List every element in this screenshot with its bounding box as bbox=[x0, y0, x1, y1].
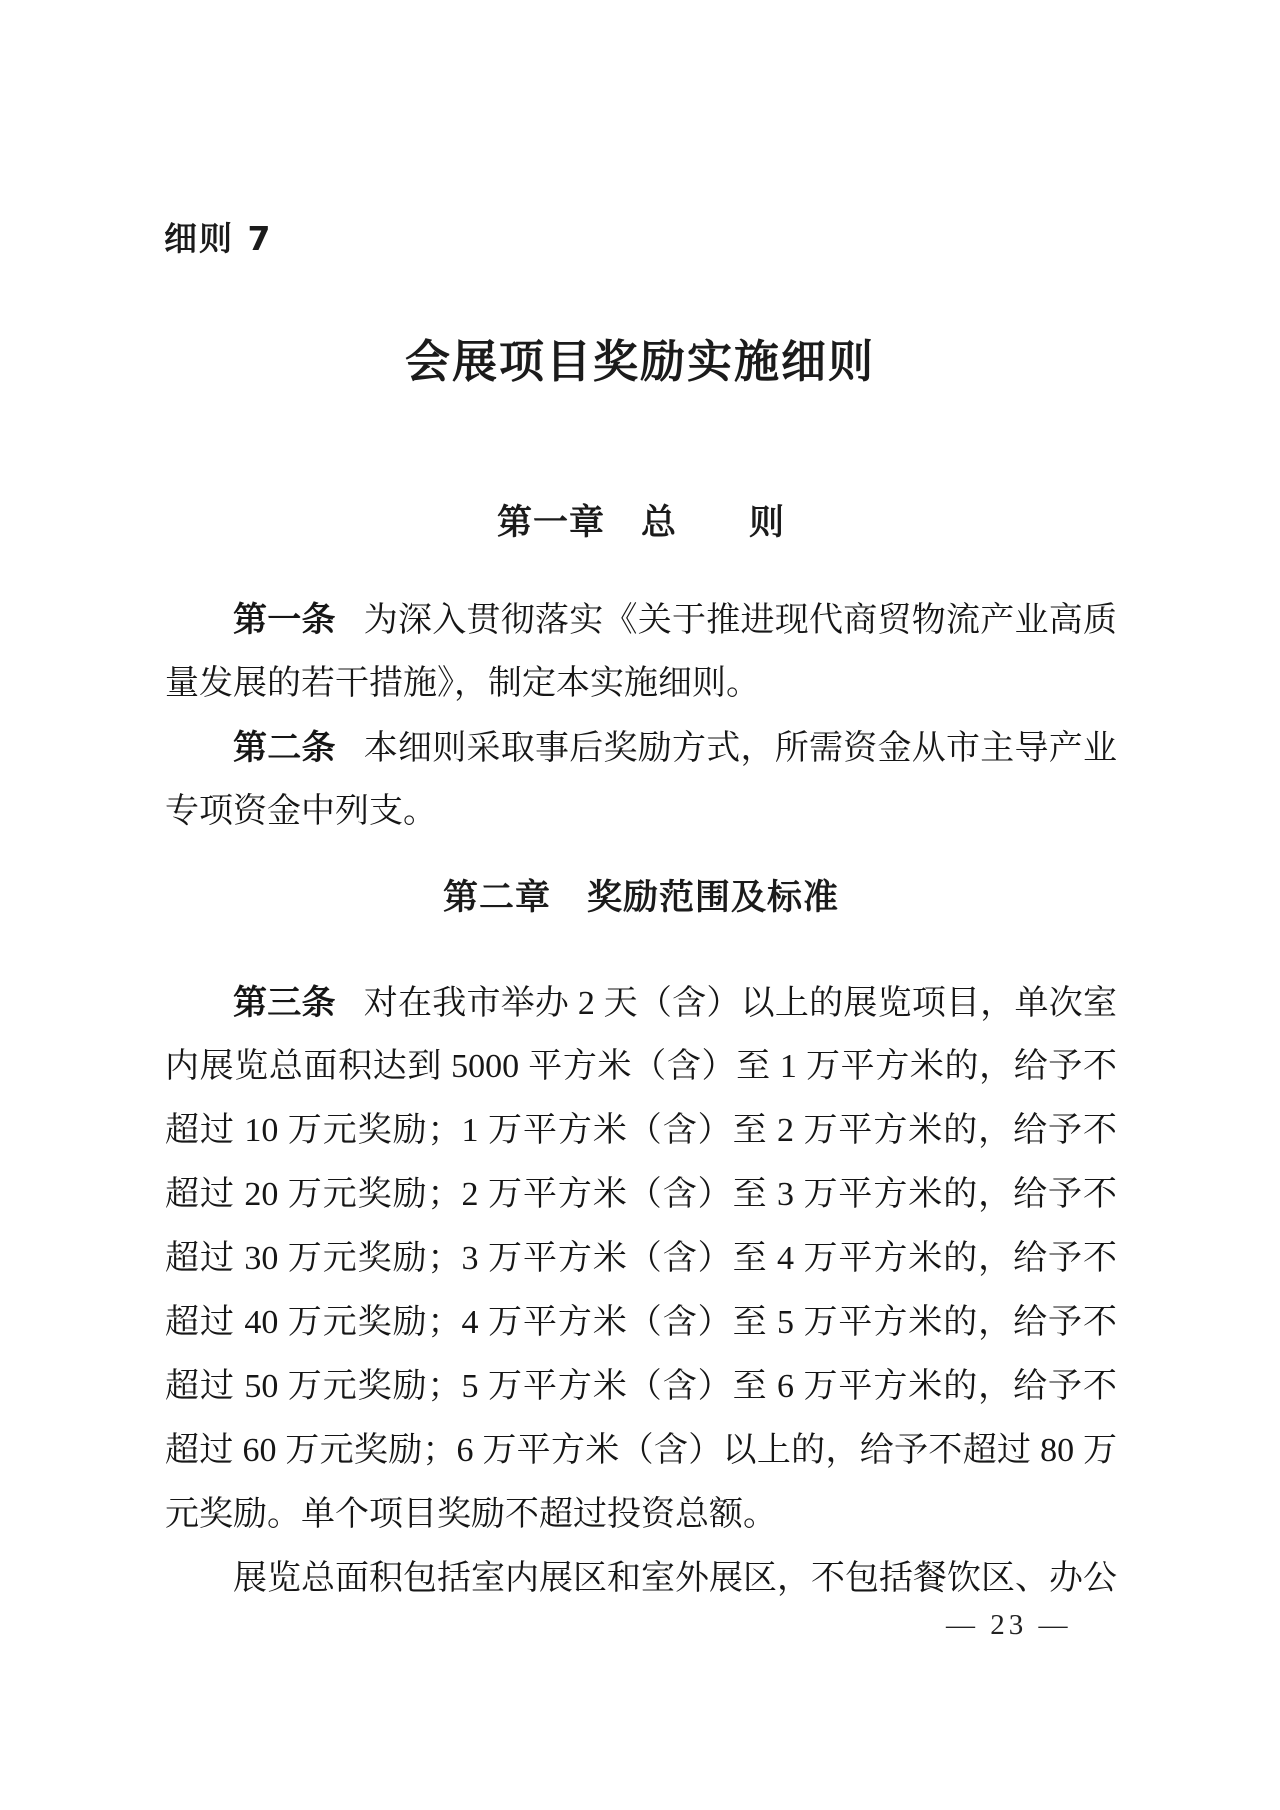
chapter-2-heading: 第二章 奖励范围及标准 bbox=[165, 876, 1117, 920]
article-3-line-9: 元奖励。单个项目奖励不超过投资总额。 bbox=[165, 1483, 1117, 1547]
chapter-1-heading: 第一章 总 则 bbox=[165, 501, 1117, 545]
article-3-line-1: 第三条对在我市举办 2 天（含）以上的展览项目，单次室 bbox=[165, 971, 1117, 1035]
article-3-line-7: 超过 50 万元奖励；5 万平方米（含）至 6 万平方米的，给予不 bbox=[165, 1355, 1117, 1419]
article-2-text: 本细则采取事后奖励方式，所需资金从市主导产业 bbox=[364, 730, 1117, 767]
article-3-text: 对在我市举办 2 天（含）以上的展览项目，单次室 bbox=[364, 985, 1117, 1022]
article-3-line-6: 超过 40 万元奖励；4 万平方米（含）至 5 万平方米的，给予不 bbox=[165, 1291, 1117, 1355]
article-2: 第二条本细则采取事后奖励方式，所需资金从市主导产业 专项资金中列支。 bbox=[165, 716, 1117, 844]
article-1-line-2: 量发展的若干措施》，制定本实施细则。 bbox=[165, 652, 1117, 716]
article-3-line-5: 超过 30 万元奖励；3 万平方米（含）至 4 万平方米的，给予不 bbox=[165, 1227, 1117, 1291]
article-3-line-8: 超过 60 万元奖励；6 万平方米（含）以上的，给予不超过 80 万 bbox=[165, 1419, 1117, 1483]
document-page: 细则 7 会展项目奖励实施细则 第一章 总 则 第一条为深入贯彻落实《关于推进现… bbox=[0, 0, 1280, 1810]
article-2-line-2: 专项资金中列支。 bbox=[165, 780, 1117, 844]
attachment-label: 细则 7 bbox=[164, 219, 272, 259]
document-title: 会展项目奖励实施细则 bbox=[0, 334, 1280, 390]
continuation-paragraph: 展览总面积包括室内展区和室外展区，不包括餐饮区、办公 bbox=[165, 1547, 1117, 1611]
page-number-footer: — 23 — bbox=[946, 1606, 1072, 1644]
article-3: 第三条对在我市举办 2 天（含）以上的展览项目，单次室 内展览总面积达到 500… bbox=[165, 971, 1117, 1547]
continuation-line-1: 展览总面积包括室内展区和室外展区，不包括餐饮区、办公 bbox=[165, 1547, 1117, 1611]
article-3-line-3: 超过 10 万元奖励；1 万平方米（含）至 2 万平方米的，给予不 bbox=[165, 1099, 1117, 1163]
article-1: 第一条为深入贯彻落实《关于推进现代商贸物流产业高质 量发展的若干措施》，制定本实… bbox=[165, 588, 1117, 716]
article-3-line-2: 内展览总面积达到 5000 平方米（含）至 1 万平方米的，给予不 bbox=[165, 1035, 1117, 1099]
article-1-lead: 第一条 bbox=[233, 600, 336, 640]
article-3-lead: 第三条 bbox=[233, 983, 336, 1023]
article-3-line-4: 超过 20 万元奖励；2 万平方米（含）至 3 万平方米的，给予不 bbox=[165, 1163, 1117, 1227]
article-2-lead: 第二条 bbox=[233, 728, 336, 768]
article-1-line-1: 第一条为深入贯彻落实《关于推进现代商贸物流产业高质 bbox=[165, 588, 1117, 652]
article-2-line-1: 第二条本细则采取事后奖励方式，所需资金从市主导产业 bbox=[165, 716, 1117, 780]
article-1-text: 为深入贯彻落实《关于推进现代商贸物流产业高质 bbox=[364, 602, 1117, 639]
